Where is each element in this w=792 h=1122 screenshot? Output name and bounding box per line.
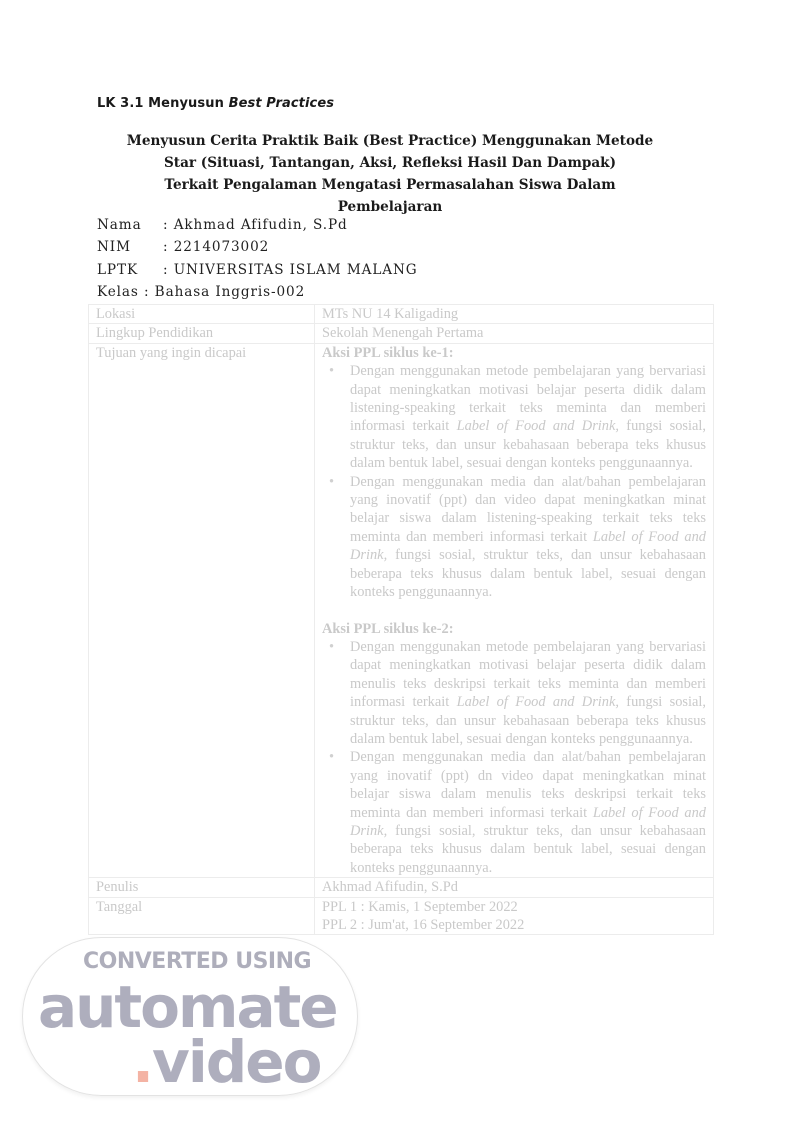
worksheet-heading-prefix: LK 3.1 Menyusun — [97, 96, 229, 111]
siklus1-list: Dengan menggunakan metode pembelajaran y… — [322, 362, 706, 601]
watermark-video-word: video — [152, 1028, 320, 1096]
kelas-row: Kelas : Bahasa Inggris-002 — [97, 284, 305, 300]
siklus1-heading: Aksi PPL siklus ke-1: — [322, 344, 706, 362]
tanggal-label: Tanggal — [89, 897, 315, 935]
lokasi-value: MTs NU 14 Kaligading — [315, 305, 714, 324]
worksheet-heading: LK 3.1 Menyusun Best Practices — [97, 96, 334, 111]
tanggal-value: PPL 1 : Kamis, 1 September 2022 PPL 2 : … — [315, 897, 714, 935]
table-row: Penulis Akhmad Afifudin, S.Pd — [89, 878, 714, 897]
table-row: Tujuan yang ingin dicapai Aksi PPL siklu… — [89, 343, 714, 877]
nama-row: Nama: Akhmad Afifudin, S.Pd — [97, 217, 348, 233]
kelas-value: Kelas : Bahasa Inggris-002 — [97, 284, 305, 300]
bullet-text: fungsi sosial, struktur teks, dan unsur … — [350, 547, 706, 600]
table-row: Tanggal PPL 1 : Kamis, 1 September 2022 … — [89, 897, 714, 935]
nama-value: : Akhmad Afifudin, S.Pd — [163, 217, 348, 233]
list-item: Dengan menggunakan metode pembelajaran y… — [350, 362, 706, 472]
bullet-emphasis: Label of Food and Drink, — [457, 694, 619, 710]
nim-label: NIM — [97, 239, 163, 255]
lingkup-value: Sekolah Menengah Pertama — [315, 324, 714, 343]
watermark-video-text: .video — [132, 1022, 320, 1102]
nim-value: : 2214073002 — [163, 239, 269, 255]
siklus2-list: Dengan menggunakan metode pembelajaran y… — [322, 638, 706, 877]
document-title: Menyusun Cerita Praktik Baik (Best Pract… — [100, 130, 680, 218]
lptk-row: LPTK: UNIVERSITAS ISLAM MALANG — [97, 262, 418, 278]
siklus2-heading: Aksi PPL siklus ke-2: — [322, 620, 706, 638]
title-line: Terkait Pengalaman Mengatasi Permasalaha… — [100, 174, 680, 196]
best-practice-table: Lokasi MTs NU 14 Kaligading Lingkup Pend… — [88, 304, 714, 935]
list-item: Dengan menggunakan media dan alat/bahan … — [350, 473, 706, 602]
lptk-label: LPTK — [97, 262, 163, 278]
tujuan-label: Tujuan yang ingin dicapai — [89, 343, 315, 877]
lokasi-label: Lokasi — [89, 305, 315, 324]
tujuan-value: Aksi PPL siklus ke-1: Dengan menggunakan… — [315, 343, 714, 877]
penulis-label: Penulis — [89, 878, 315, 897]
penulis-value: Akhmad Afifudin, S.Pd — [315, 878, 714, 897]
table-row: Lokasi MTs NU 14 Kaligading — [89, 305, 714, 324]
title-line: Star (Situasi, Tantangan, Aksi, Refleksi… — [100, 152, 680, 174]
watermark-dot: . — [132, 1028, 152, 1096]
lingkup-label: Lingkup Pendidikan — [89, 324, 315, 343]
tanggal-ppl1: PPL 1 : Kamis, 1 September 2022 — [322, 898, 706, 916]
list-item: Dengan menggunakan metode pembelajaran y… — [350, 638, 706, 748]
worksheet-heading-italic: Best Practices — [229, 96, 335, 111]
spacer — [322, 602, 706, 620]
bullet-text: fungsi sosial, struktur teks, dan unsur … — [350, 823, 706, 876]
list-item: Dengan menggunakan media dan alat/bahan … — [350, 748, 706, 877]
title-line: Pembelajaran — [100, 196, 680, 218]
nim-row: NIM: 2214073002 — [97, 239, 269, 255]
nama-label: Nama — [97, 217, 163, 233]
tanggal-ppl2: PPL 2 : Jum'at, 16 September 2022 — [322, 916, 706, 934]
title-line: Menyusun Cerita Praktik Baik (Best Pract… — [100, 130, 680, 152]
bullet-emphasis: Label of Food and Drink, — [457, 418, 619, 434]
table-row: Lingkup Pendidikan Sekolah Menengah Pert… — [89, 324, 714, 343]
lptk-value: : UNIVERSITAS ISLAM MALANG — [163, 262, 418, 278]
